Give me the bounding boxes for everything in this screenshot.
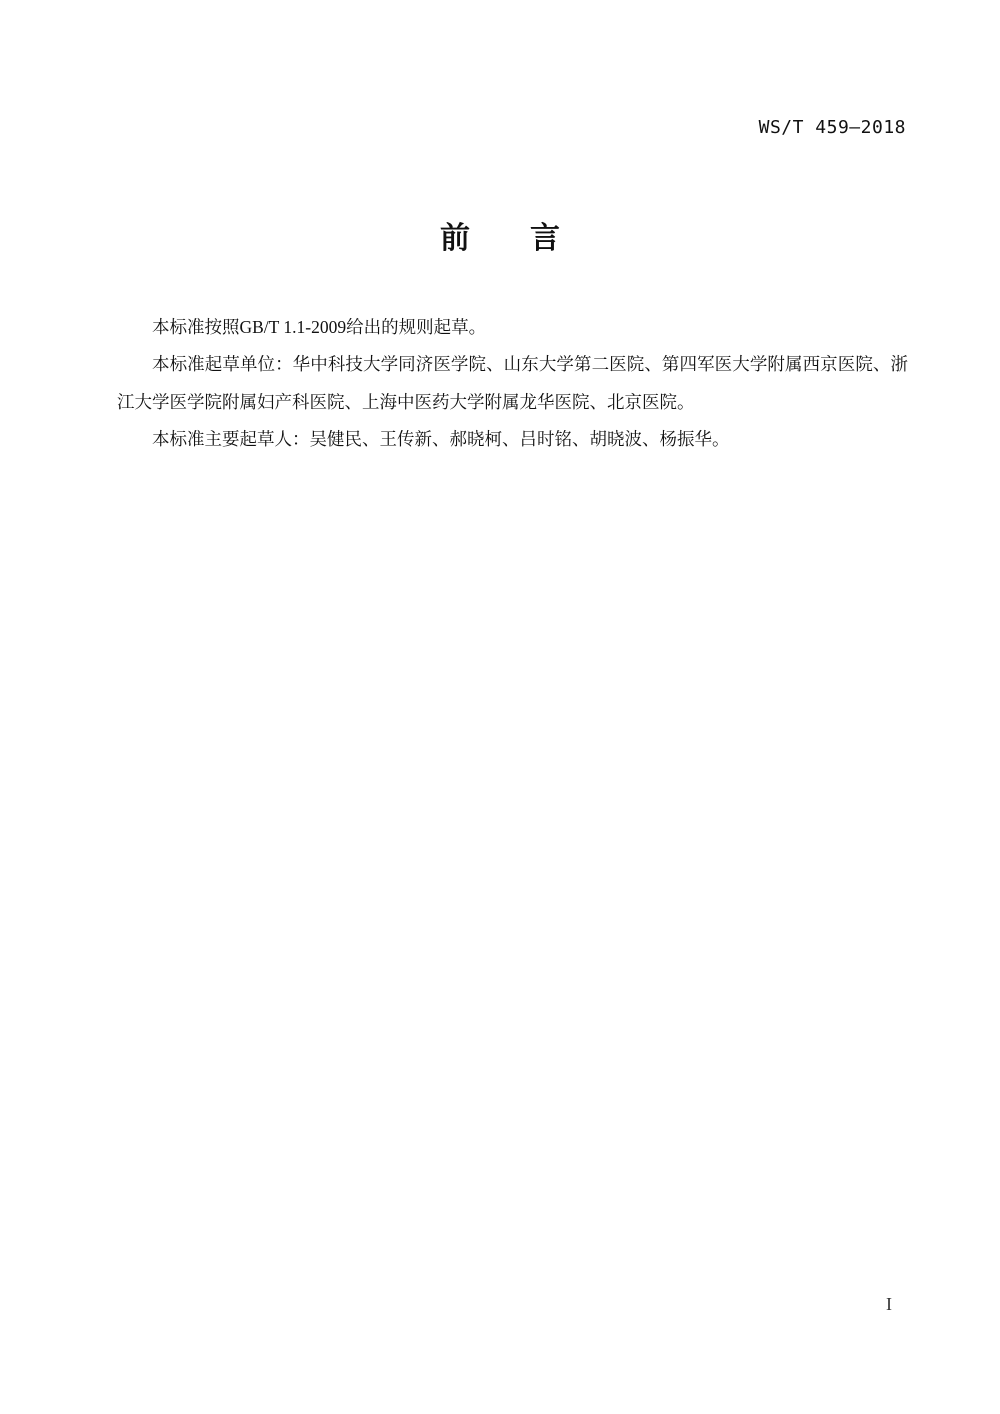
page-number: I	[886, 1294, 892, 1315]
paragraph-drafting-organizations: 本标准起草单位：华中科技大学同济医学院、山东大学第二医院、第四军医大学附属西京医…	[117, 346, 908, 421]
standard-number: WS/T 459—2018	[759, 117, 906, 138]
document-body: 本标准按照GB/T 1.1-2009给出的规则起草。 本标准起草单位：华中科技大…	[117, 309, 908, 459]
paragraph-drafters: 本标准主要起草人：吴健民、王传新、郝晓柯、吕时铭、胡晓波、杨振华。	[117, 421, 908, 458]
paragraph-drafting-rule: 本标准按照GB/T 1.1-2009给出的规则起草。	[117, 309, 908, 346]
document-title: 前 言	[0, 218, 1000, 260]
document-page: WS/T 459—2018 前 言 本标准按照GB/T 1.1-2009给出的规…	[0, 0, 1000, 1414]
